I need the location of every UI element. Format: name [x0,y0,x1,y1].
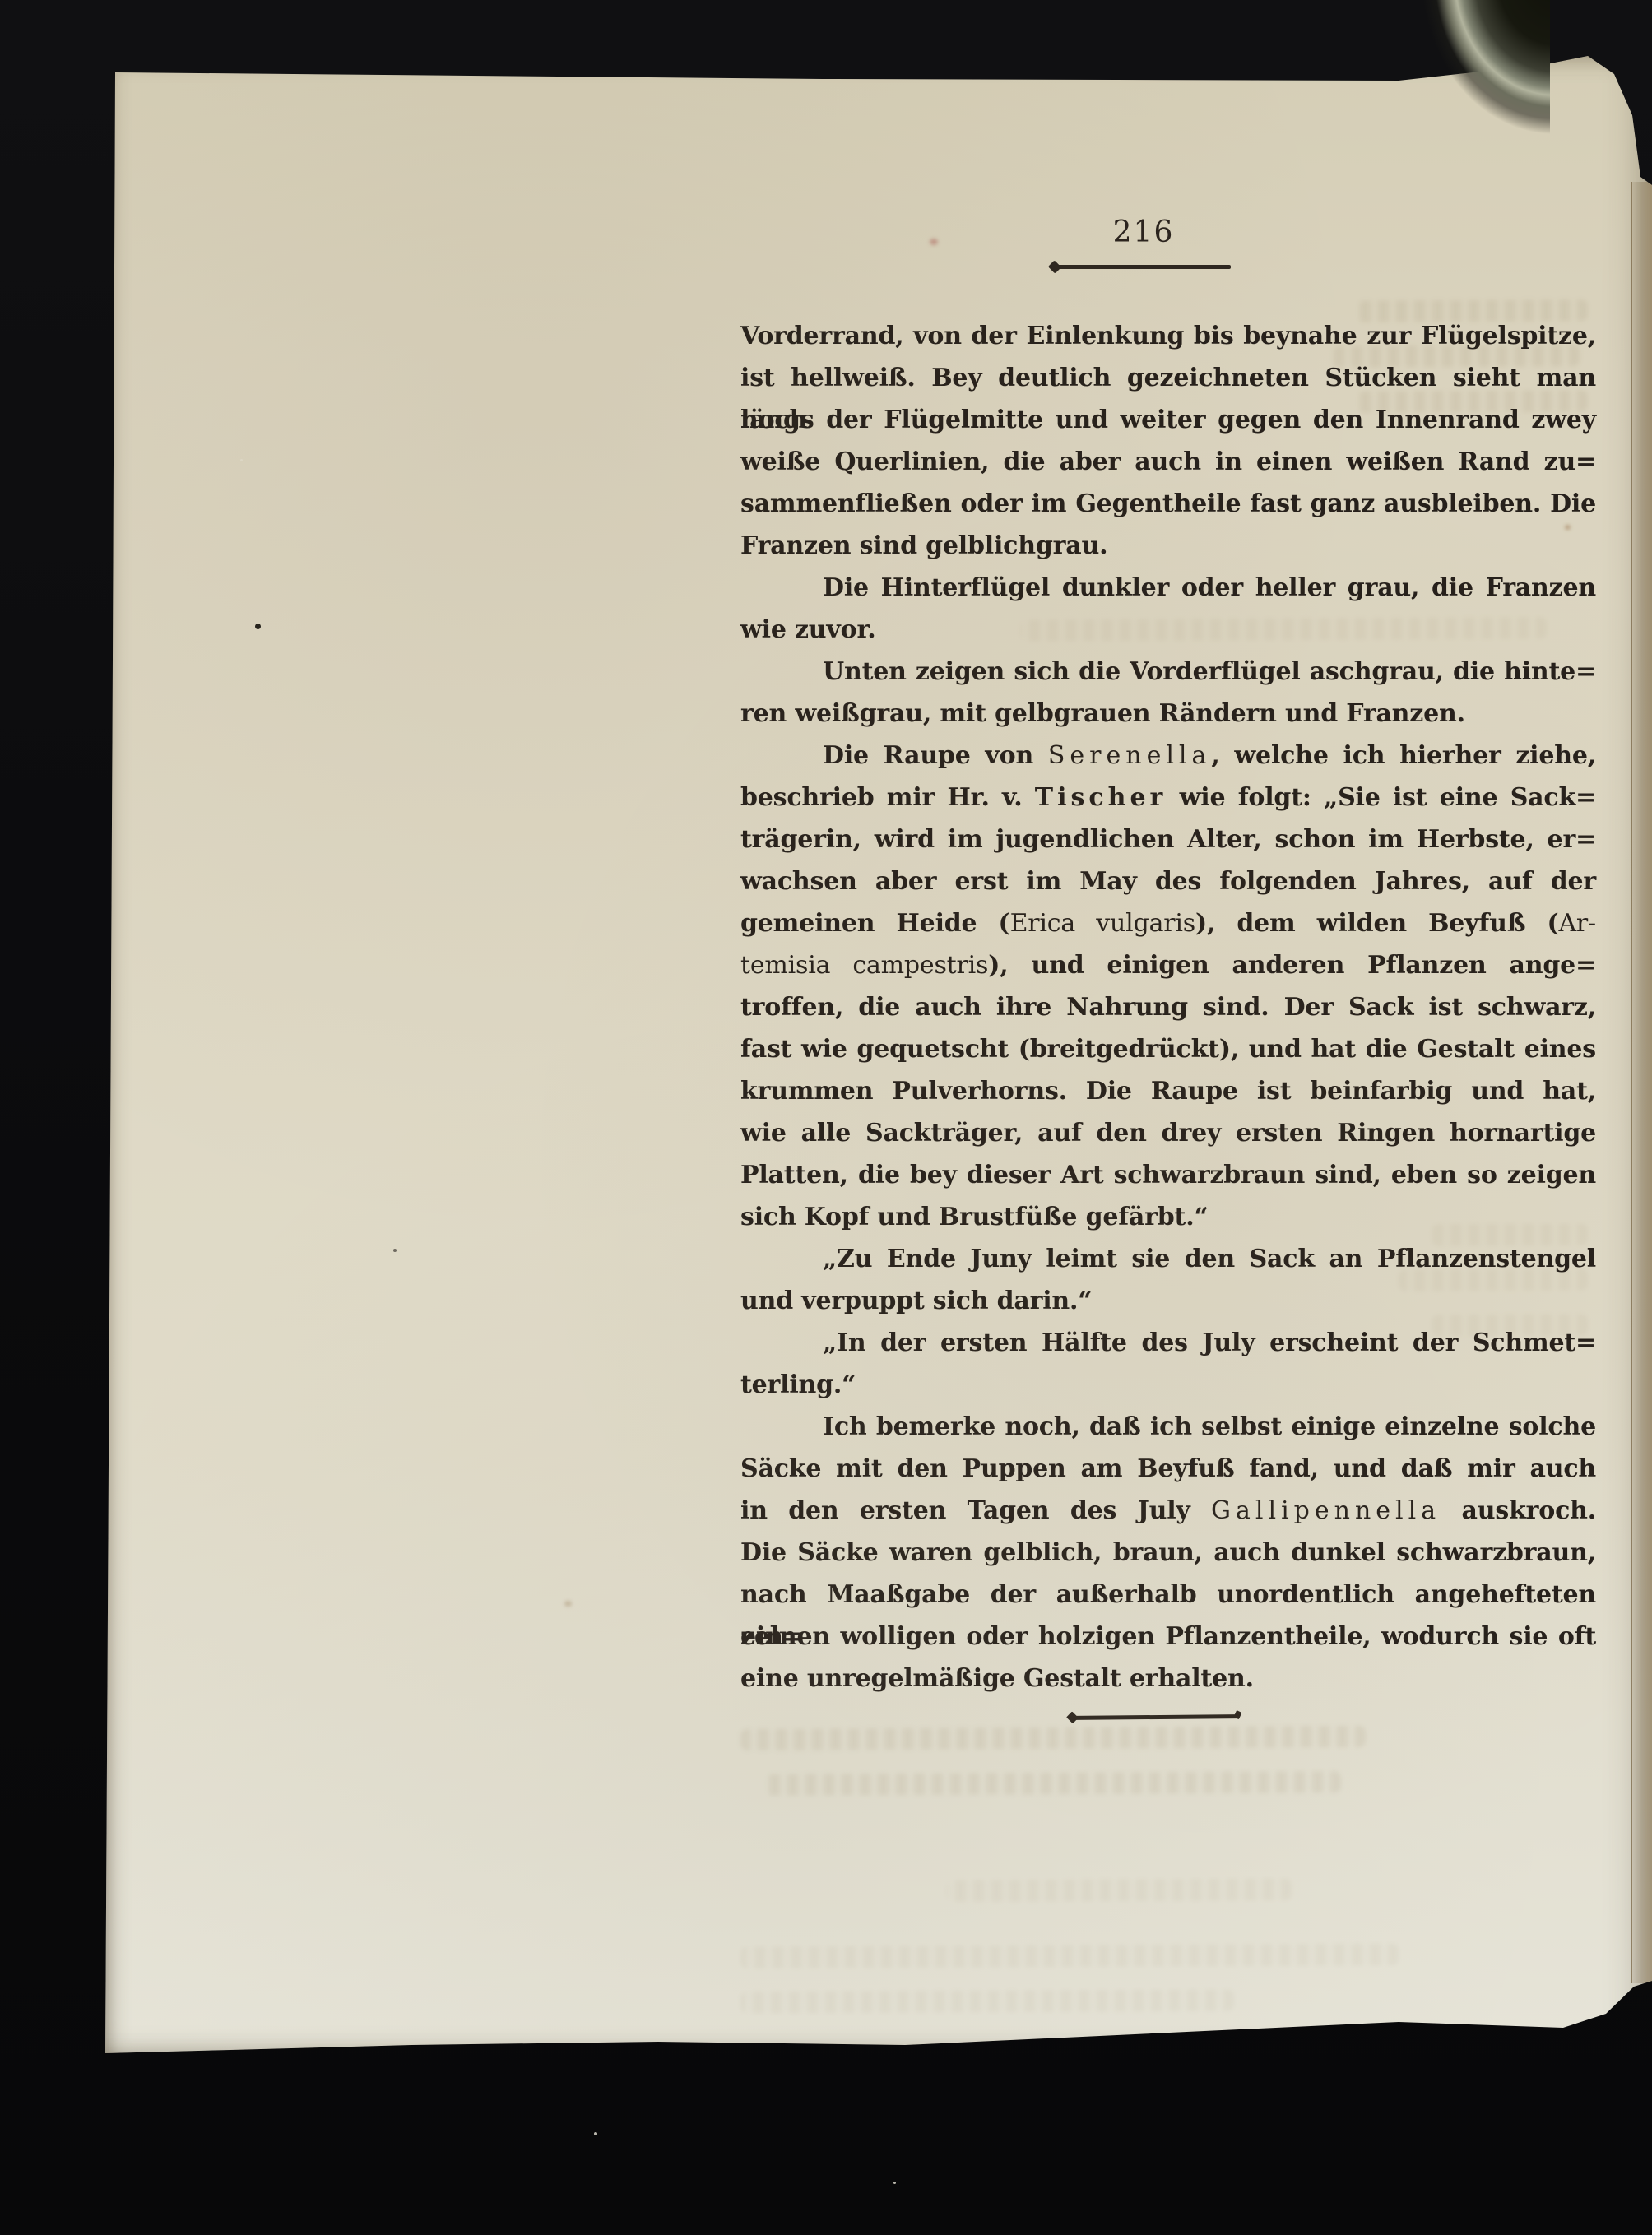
fraktur-text: beschrieb mir Hr. v. [740,783,1035,812]
section-end-rule [1074,1714,1238,1720]
antiqua-text: temisia campestris [740,951,988,980]
antiqua-text: Gallipennella [1211,1496,1441,1525]
text-line: Franzen sind gelblichgrau. [740,525,1596,567]
fraktur-text: längs der Flügelmitte und weiter gegen d… [740,406,1596,434]
text-line: beschrieb mir Hr. v. Tischer wie folgt: … [740,777,1596,818]
fraktur-text: und verpuppt sich darin.“ [740,1287,1092,1315]
scan-canvas: 216 Vorderrand, von der Einlenkung bis b… [0,0,1652,2235]
antiqua-text: Erica vulgaris [1010,909,1195,938]
text-line: längs der Flügelmitte und weiter gegen d… [740,399,1596,441]
fraktur-text: Platten, die bey dieser Art schwarzbraun… [740,1161,1596,1189]
stain [564,1601,572,1607]
fraktur-text: wie alle Sackträger, auf den drey ersten… [740,1119,1596,1148]
text-line: temisia campestris), und einigen anderen… [740,944,1596,986]
text-line: Die Säcke waren gelblich, braun, auch du… [740,1532,1596,1574]
stain [1565,525,1571,530]
fraktur-text: Franzen sind gelblichgrau. [740,531,1107,560]
fraktur-text: Säcke mit den Puppen am Beyfuß fand, und… [740,1454,1596,1483]
text-line: Unten zeigen sich die Vorderflügel aschg… [740,651,1596,693]
fraktur-text: Die Hinterflügel dunkler oder heller gra… [823,573,1596,602]
text-line: Ich bemerke noch, daß ich selbst einige … [740,1406,1596,1448]
bleedthrough-smudge [765,1771,1341,1796]
fraktur-text: ), und einigen anderen Pflanzen ange= [988,951,1596,980]
text-block: Vorderrand, von der Einlenkung bis beyna… [740,315,1596,1699]
page-number-underline [1056,265,1231,269]
book-fore-edge [1631,182,1652,1983]
ink-speck [393,1249,397,1252]
text-line: weiße Querlinien, die aber auch in einen… [740,441,1596,483]
fraktur-text: troffen, die auch ihre Nahrung sind. Der… [740,993,1596,1022]
fraktur-text: Unten zeigen sich die Vorderflügel aschg… [823,657,1596,686]
fraktur-text: „In der ersten Hälfte des July erscheint… [823,1328,1596,1357]
bleedthrough-smudge [740,1726,1366,1750]
text-line: „Zu Ende Juny leimt sie den Sack an Pfla… [740,1238,1596,1280]
bleedthrough-smudge [946,1879,1292,1902]
fraktur-text: ), dem wilden Beyfuß ( [1195,909,1558,938]
text-line: nach Maaßgabe der außerhalb unordentlich… [740,1574,1596,1616]
text-line: sich Kopf und Brustfüße gefärbt.“ [740,1196,1596,1238]
text-line: gemeinen Heide (Erica vulgaris), dem wil… [740,902,1596,944]
fraktur-text: wachsen aber erst im May des folgenden J… [740,867,1596,896]
ink-speck [255,624,261,629]
text-line: fast wie gequetscht (breitgedrückt), und… [740,1028,1596,1070]
fraktur-text: sammenfließen oder im Gegentheile fast g… [740,489,1596,518]
antiqua-text: Tischer [1035,783,1167,812]
dust-speck [893,2182,896,2184]
fraktur-text: „Zu Ende Juny leimt sie den Sack an Pfla… [823,1245,1596,1273]
stain [930,239,938,245]
text-line: wachsen aber erst im May des folgenden J… [740,860,1596,902]
fraktur-text: Die Säcke waren gelblich, braun, auch du… [740,1538,1596,1567]
fraktur-text: wie zuvor. [740,615,876,644]
text-line: Die Hinterflügel dunkler oder heller gra… [740,567,1596,609]
text-line: „In der ersten Hälfte des July erscheint… [740,1322,1596,1364]
fraktur-text: trägerin, wird im jugendlichen Alter, sc… [740,825,1596,854]
fraktur-text: Ich bemerke noch, daß ich selbst einige … [823,1412,1596,1441]
text-line: troffen, die auch ihre Nahrung sind. Der… [740,986,1596,1028]
fraktur-text: sich Kopf und Brustfüße gefärbt.“ [740,1203,1209,1231]
text-line: eine unregelmäßige Gestalt erhalten. [740,1658,1596,1699]
text-line: krummen Pulverhorns. Die Raupe ist beinf… [740,1070,1596,1112]
text-line: sammenfließen oder im Gegentheile fast g… [740,483,1596,525]
fraktur-text: , welche ich hierher ziehe, [1211,741,1596,770]
fraktur-text: weiße Querlinien, die aber auch in einen… [740,447,1596,476]
page-number: 216 [1053,216,1234,255]
text-line: Vorderrand, von der Einlenkung bis beyna… [740,315,1596,357]
fraktur-text: terling.“ [740,1370,856,1399]
text-line: Die Raupe von Serenella, welche ich hier… [740,735,1596,777]
text-line: in den ersten Tagen des July Gallipennel… [740,1490,1596,1532]
text-line: terling.“ [740,1364,1596,1406]
text-line: wie alle Sackträger, auf den drey ersten… [740,1112,1596,1154]
fraktur-text: in den ersten Tagen des July [740,1496,1211,1525]
bleedthrough-smudge [740,1989,1234,2013]
text-line: ren weißgrau, mit gelbgrauen Rändern und… [740,693,1596,735]
fraktur-text: Vorderrand, von der Einlenkung bis beyna… [740,322,1596,350]
fraktur-text: zelnen wolligen oder holzigen Pflanzenth… [740,1622,1596,1651]
fraktur-text: Die Raupe von [823,741,1048,770]
dust-speck [240,459,243,461]
fraktur-text: wie folgt: „Sie ist eine Sack= [1167,783,1596,812]
fraktur-text: fast wie gequetscht (breitgedrückt), und… [740,1035,1596,1064]
text-line: wie zuvor. [740,609,1596,651]
antiqua-text: Ar- [1558,909,1596,938]
fraktur-text: eine unregelmäßige Gestalt erhalten. [740,1664,1254,1693]
book-page: 216 Vorderrand, von der Einlenkung bis b… [104,54,1652,2055]
text-line: trägerin, wird im jugendlichen Alter, sc… [740,818,1596,860]
fraktur-text: gemeinen Heide ( [740,909,1010,938]
fraktur-text: auskroch. [1441,1496,1596,1525]
text-line: zelnen wolligen oder holzigen Pflanzenth… [740,1616,1596,1658]
text-line: Platten, die bey dieser Art schwarzbraun… [740,1154,1596,1196]
text-line: ist hellweiß. Bey deutlich gezeichneten … [740,357,1596,399]
bleedthrough-smudge [740,1944,1399,1968]
text-line: Säcke mit den Puppen am Beyfuß fand, und… [740,1448,1596,1490]
antiqua-text: Serenella [1048,741,1212,770]
text-line: und verpuppt sich darin.“ [740,1280,1596,1322]
dust-speck [594,2132,597,2135]
fraktur-text: ren weißgrau, mit gelbgrauen Rändern und… [740,699,1465,728]
fraktur-text: krummen Pulverhorns. Die Raupe ist beinf… [740,1077,1596,1106]
